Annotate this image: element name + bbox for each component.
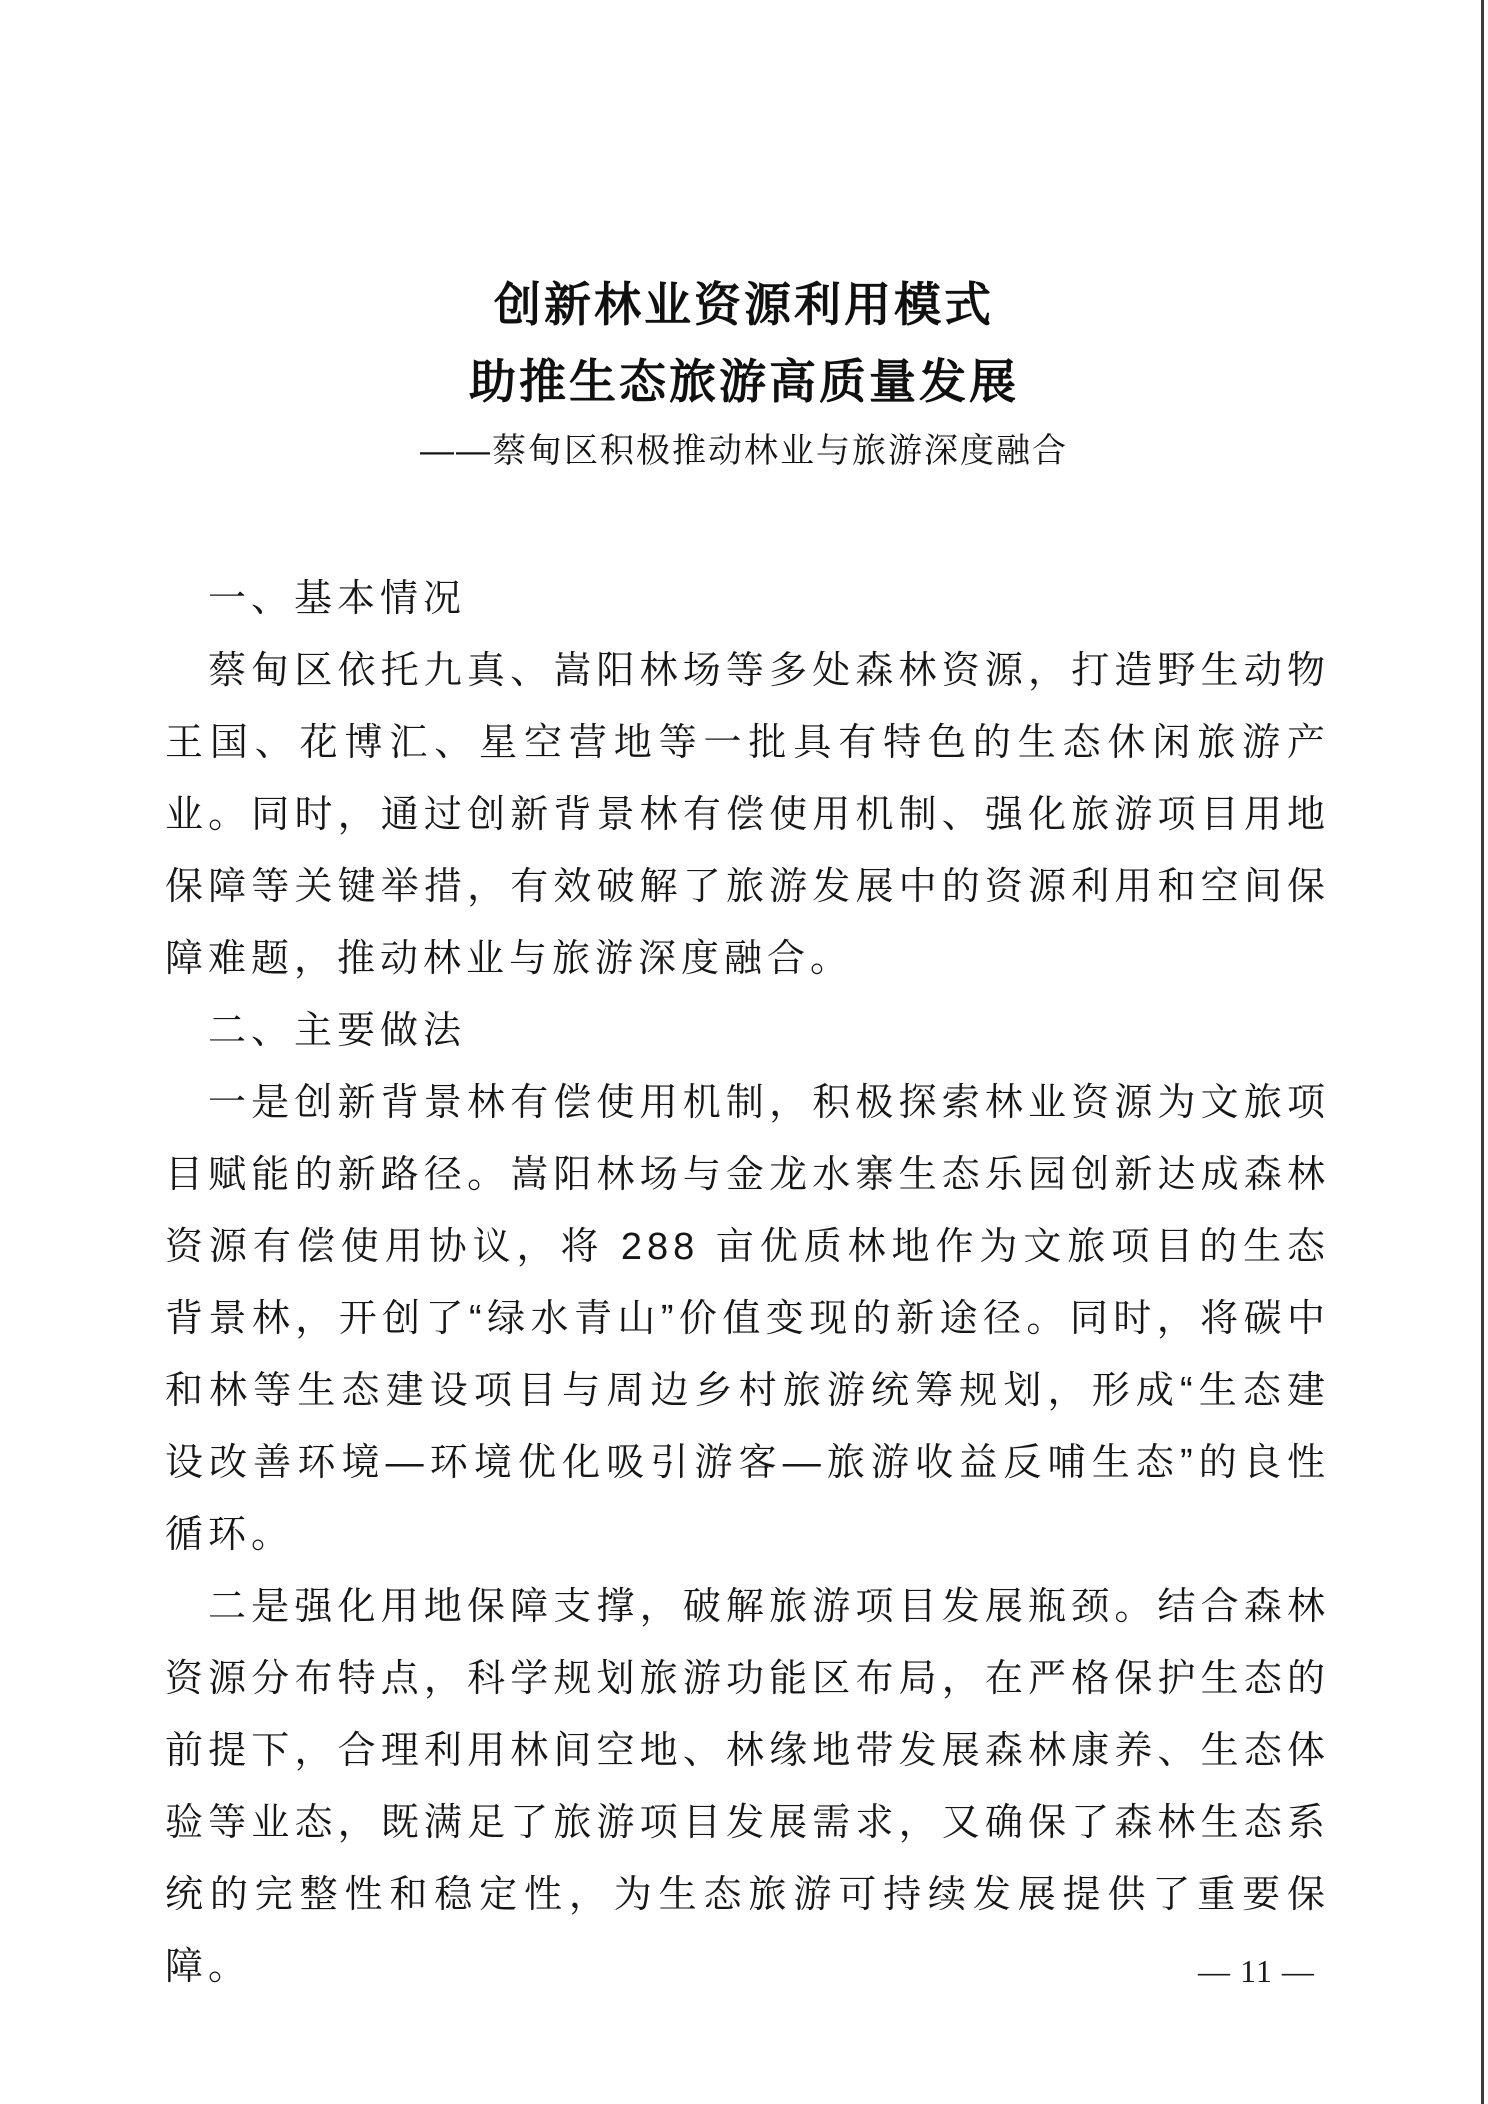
scan-edge-line [1481, 0, 1484, 2104]
section-main-practices: 二、主要做法 一是创新背景林有偿使用机制，积极探索林业资源为文旅项目赋能的新路径… [165, 995, 1330, 2003]
document-subtitle: ——蔡甸区积极推动林业与旅游深度融合 [0, 430, 1488, 472]
section-basic-situation: 一、基本情况 蔡甸区依托九真、嵩阳林场等多处森林资源，打造野生动物王国、花博汇、… [165, 563, 1330, 995]
paragraph-practice-2: 二是强化用地保障支撑，破解旅游项目发展瓶颈。结合森林资源分布特点，科学规划旅游功… [165, 1571, 1330, 2003]
section-heading-basic-situation: 一、基本情况 [165, 563, 1330, 635]
paragraph-practice-1: 一是创新背景林有偿使用机制，积极探索林业资源为文旅项目赋能的新路径。嵩阳林场与金… [165, 1067, 1330, 1571]
document-page: 创新林业资源利用模式 助推生态旅游高质量发展 ——蔡甸区积极推动林业与旅游深度融… [0, 0, 1488, 2104]
title-line-1: 创新林业资源利用模式 [0, 268, 1488, 345]
document-body: 一、基本情况 蔡甸区依托九真、嵩阳林场等多处森林资源，打造野生动物王国、花博汇、… [165, 563, 1330, 2003]
page-number: — 11 — [1198, 1951, 1315, 1991]
title-line-2: 助推生态旅游高质量发展 [0, 345, 1488, 422]
section-heading-main-practices: 二、主要做法 [165, 995, 1330, 1067]
document-title: 创新林业资源利用模式 助推生态旅游高质量发展 [0, 0, 1488, 422]
paragraph-basic-situation: 蔡甸区依托九真、嵩阳林场等多处森林资源，打造野生动物王国、花博汇、星空营地等一批… [165, 635, 1330, 995]
